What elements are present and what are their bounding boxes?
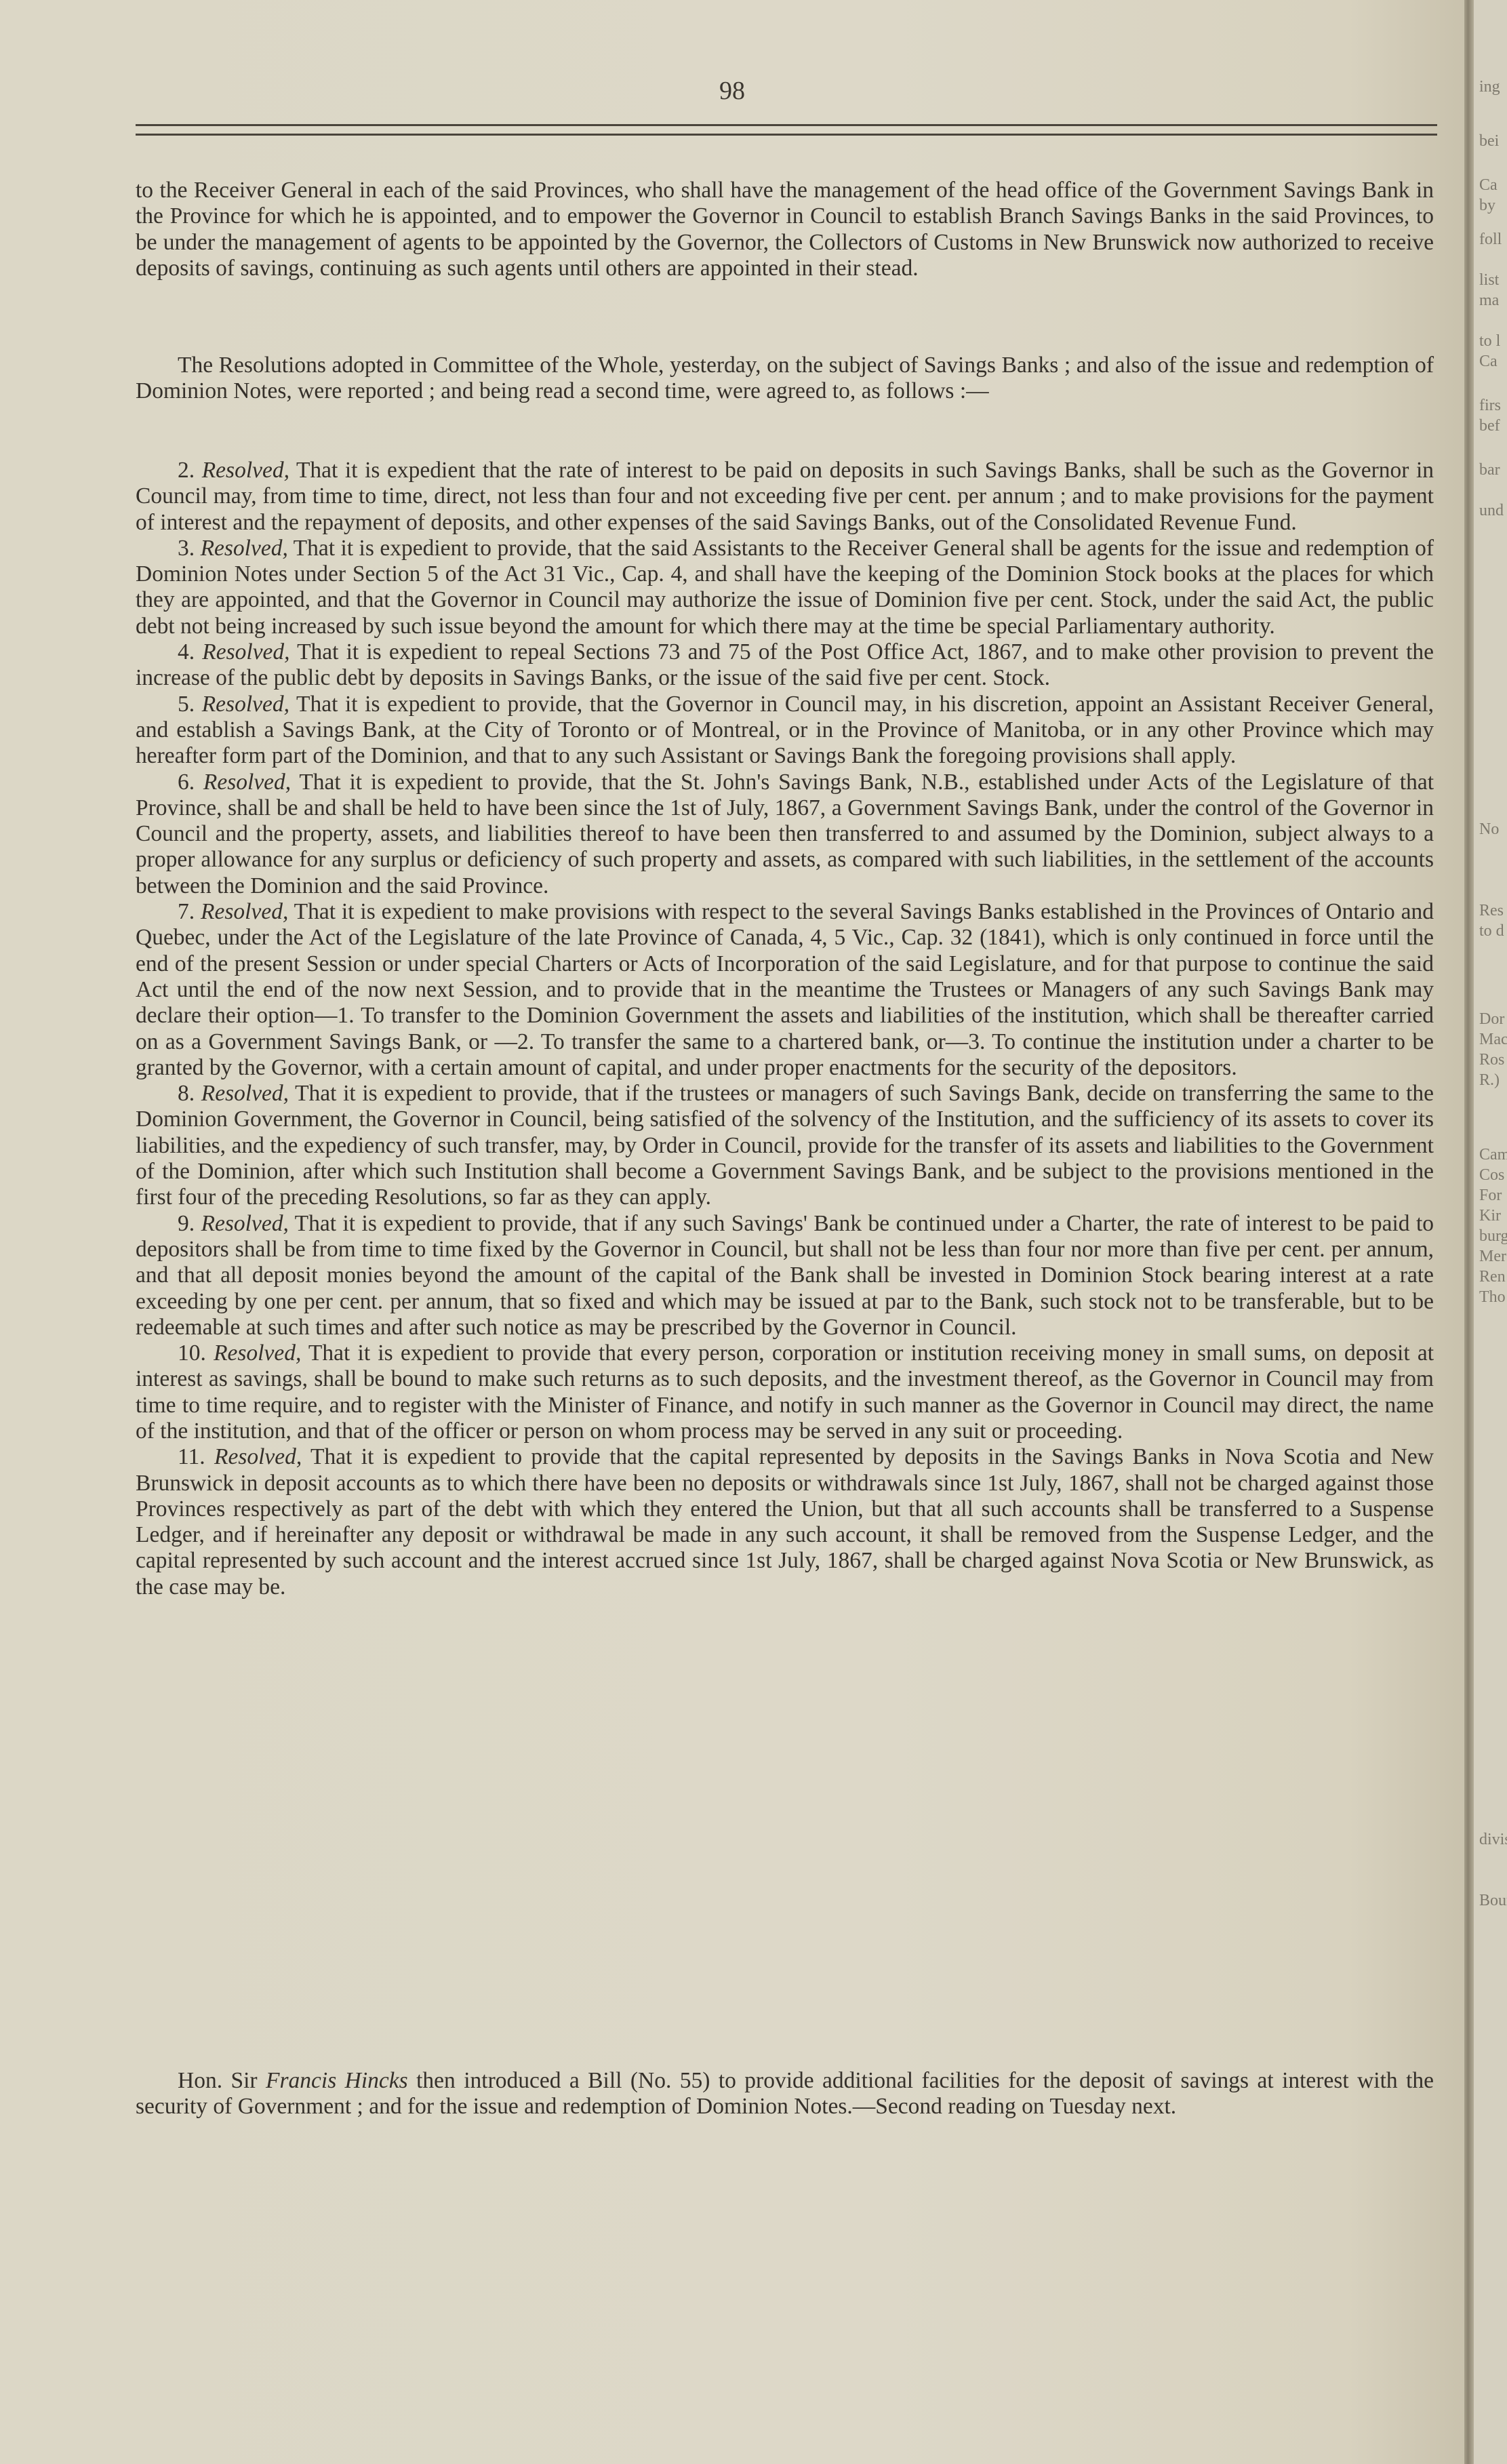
resolution-keyword: Resolved, (202, 692, 289, 717)
adjacent-page-text-fragment: to l (1479, 332, 1500, 351)
resolution-item: 8. Resolved, That it is expedient to pro… (136, 1081, 1434, 1210)
resolution-item: 5. Resolved, That it is expedient to pro… (136, 692, 1434, 770)
resolution-item: 7. Resolved, That it is expedient to mak… (136, 899, 1434, 1081)
resolution-number: 8. (178, 1081, 195, 1106)
header-rule-bottom (136, 134, 1437, 136)
resolution-number: 2. (178, 458, 195, 483)
adjacent-page-text-fragment: und (1479, 502, 1504, 520)
adjacent-page-text-fragment: No (1479, 820, 1499, 839)
member-name: Francis Hincks (266, 2068, 408, 2093)
intro-text: to the Receiver General in each of the s… (136, 178, 1434, 281)
resolution-number: 5. (178, 692, 195, 717)
adjacent-page-text-fragment: foll (1479, 231, 1502, 249)
resolution-keyword: Resolved, (214, 1444, 302, 1469)
resolution-keyword: Resolved, (201, 536, 288, 561)
adjacent-page-text-fragment: to d (1479, 922, 1504, 940)
resolution-item: 10. Resolved, That it is expedient to pr… (136, 1340, 1434, 1444)
adjacent-page-text-fragment: ma (1479, 292, 1499, 310)
resolution-text: That it is expedient to provide, that if… (136, 1081, 1434, 1210)
resolution-keyword: Resolved, (203, 770, 291, 795)
adjacent-page-text-fragment: divis (1479, 1831, 1507, 1849)
header-rule-top (136, 124, 1437, 126)
resolution-number: 7. (178, 899, 195, 924)
adjacent-page-text-fragment: by (1479, 197, 1495, 215)
adjacent-page-text-fragment: Kir (1479, 1207, 1501, 1225)
adjacent-page-text-fragment: Dor (1479, 1010, 1504, 1029)
resolution-text: That it is expedient to provide, that th… (136, 692, 1434, 769)
resolution-keyword: Resolved, (201, 899, 288, 924)
adjacent-page-text-fragment: Bour (1479, 1892, 1507, 1910)
adjacent-page-text-fragment: burg (1479, 1227, 1507, 1246)
adjacent-page-text-fragment: list (1479, 271, 1499, 290)
adjacent-page-text-fragment: Cos (1479, 1166, 1504, 1185)
adjacent-page-text-fragment: R.) (1479, 1071, 1500, 1090)
resolution-text: That it is expedient that the rate of in… (136, 458, 1434, 535)
adjacent-page-text-fragment: Tho (1479, 1288, 1506, 1307)
resolution-number: 9. (178, 1211, 195, 1236)
adjacent-page-text-fragment: firs (1479, 397, 1501, 415)
resolution-number: 6. (178, 770, 195, 795)
adjacent-page-text-fragment: ing (1479, 78, 1500, 96)
adjacent-page-text-fragment: Mer (1479, 1248, 1506, 1266)
adjacent-page-text-fragment: Mac (1479, 1031, 1507, 1049)
adjacent-page-text-fragment: bar (1479, 461, 1500, 479)
resolution-text: That it is expedient to provide, that th… (136, 770, 1434, 898)
adjacent-page-text-fragment: bei (1479, 132, 1499, 151)
adjacent-page-text-fragment: Ren (1479, 1268, 1506, 1286)
continued-paragraph: to the Receiver General in each of the s… (136, 178, 1434, 281)
resolutions-list: 2. Resolved, That it is expedient that t… (136, 458, 1434, 1600)
resolution-number: 3. (178, 536, 195, 561)
resolution-text: That it is expedient to provide that the… (136, 1444, 1434, 1599)
resolution-text: That it is expedient to make provisions … (136, 899, 1434, 1080)
resolution-item: 2. Resolved, That it is expedient that t… (136, 458, 1434, 536)
resolution-text: That it is expedient to provide, that if… (136, 1211, 1434, 1340)
resolution-keyword: Resolved, (202, 639, 289, 664)
resolution-number: 11. (178, 1444, 205, 1469)
resolution-item: 11. Resolved, That it is expedient to pr… (136, 1444, 1434, 1600)
resolution-text: That it is expedient to provide that eve… (136, 1340, 1434, 1444)
resolution-number: 4. (178, 639, 195, 664)
resolution-item: 6. Resolved, That it is expedient to pro… (136, 770, 1434, 899)
resolution-keyword: Resolved, (201, 1081, 289, 1106)
report-paragraph: The Resolutions adopted in Committee of … (136, 353, 1434, 405)
adjacent-page-text-fragment: For (1479, 1187, 1502, 1205)
adjacent-page-edge: ingbeiCabyfolllistmato lCafirsbefbarundN… (1474, 0, 1507, 2464)
document-page: 98 to the Receiver General in each of th… (0, 0, 1464, 2464)
adjacent-page-text-fragment: bef (1479, 417, 1500, 435)
bill-prefix: Hon. Sir (178, 2068, 266, 2093)
resolution-text: That it is expedient to repeal Sections … (136, 639, 1434, 690)
bill-paragraph: Hon. Sir Francis Hincks then introduced … (136, 2068, 1434, 2120)
adjacent-page-text-fragment: Ca (1479, 353, 1498, 371)
book-binding-gutter (1464, 0, 1474, 2464)
adjacent-page-text-fragment: Res (1479, 902, 1504, 920)
resolution-keyword: Resolved, (201, 1211, 289, 1236)
resolution-text: That it is expedient to provide, that th… (136, 536, 1434, 639)
adjacent-page-text-fragment: Ros (1479, 1051, 1504, 1069)
bill-text: Hon. Sir Francis Hincks then introduced … (136, 2068, 1434, 2120)
page-number: 98 (0, 76, 1464, 106)
resolution-item: 4. Resolved, That it is expedient to rep… (136, 639, 1434, 692)
resolution-keyword: Resolved, (214, 1340, 301, 1366)
resolution-item: 3. Resolved, That it is expedient to pro… (136, 536, 1434, 639)
adjacent-page-text-fragment: Ca (1479, 176, 1498, 195)
resolution-number: 10. (178, 1340, 206, 1366)
report-text: The Resolutions adopted in Committee of … (136, 353, 1434, 405)
resolution-item: 9. Resolved, That it is expedient to pro… (136, 1211, 1434, 1340)
resolution-keyword: Resolved, (202, 458, 289, 483)
adjacent-page-text-fragment: Cam (1479, 1146, 1507, 1164)
